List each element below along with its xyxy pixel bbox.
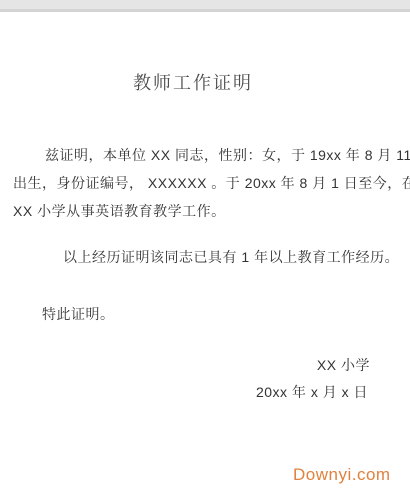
certificate-document: 教师工作证明 兹证明，本单位 XX 同志，性别：女，于 19xx 年 8 月 1… [0, 0, 410, 500]
signature-org: XX 小学 [317, 351, 370, 379]
signature-date: 20xx 年 x 月 x 日 [256, 378, 368, 406]
watermark-downyi: Downyi.com [293, 464, 391, 486]
paragraph-line: XX 小学从事英语教育教学工作。 [13, 197, 399, 225]
paragraph-line: 出生，身份证编号， XXXXXX 。于 20xx 年 8 月 1 日至今，在 [13, 169, 399, 197]
body-paragraph-2: 以上经历证明该同志已具有 1 年以上教育工作经历。 [63, 243, 399, 271]
closing-statement: 特此证明。 [42, 300, 115, 328]
paragraph-line: 兹证明，本单位 XX 同志，性别：女，于 19xx 年 8 月 11 日 [13, 141, 399, 169]
body-paragraph-1: 兹证明，本单位 XX 同志，性别：女，于 19xx 年 8 月 11 日 出生，… [13, 141, 399, 225]
document-title: 教师工作证明 [0, 70, 386, 96]
